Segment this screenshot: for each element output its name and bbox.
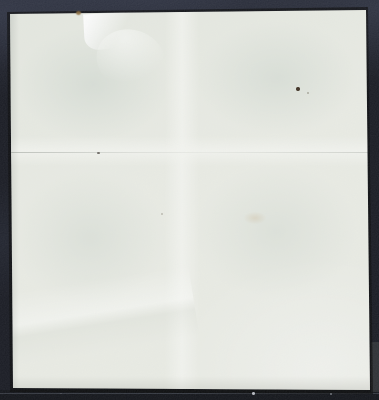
faint-speck [307,92,309,94]
scan-debris [330,393,332,395]
tiny-speck [161,213,163,215]
foxing-spot-top-edge [76,11,81,15]
scan-debris-bright [252,392,255,395]
stamp-scan-photo [0,0,379,400]
scan-debris-faint [60,393,62,394]
small-speck [97,152,100,154]
paper-specks [0,0,379,400]
ink-speck [296,87,300,91]
